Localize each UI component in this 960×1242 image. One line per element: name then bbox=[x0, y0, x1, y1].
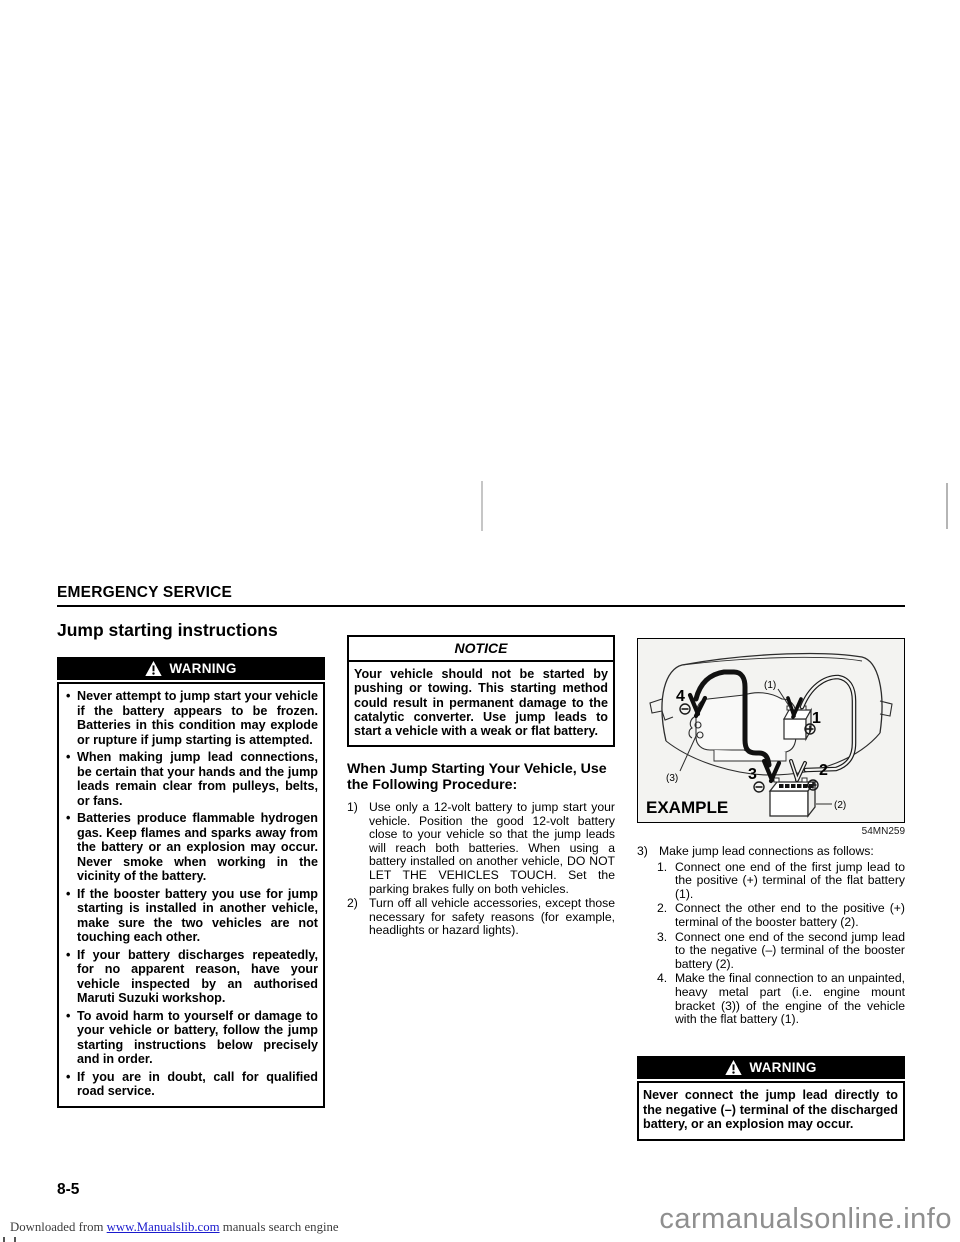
right-steps: 3) Make jump lead connections as follows… bbox=[637, 845, 905, 1028]
step-text: Turn off all vehicle accessories, except… bbox=[369, 896, 615, 937]
warning-header: WARNING bbox=[637, 1056, 905, 1079]
warning-body: •Never attempt to jump start your vehicl… bbox=[57, 682, 325, 1108]
substep: 3. Connect one end of the second jump le… bbox=[657, 931, 905, 972]
warning-item: •Batteries produce flammable hydrogen ga… bbox=[63, 811, 318, 884]
right-warning-column: WARNING Never connect the jump lead dire… bbox=[637, 1056, 905, 1141]
step-marker: 2) bbox=[347, 897, 358, 911]
engine-bay-illustration: 4 1 3 2 (1) (3) (2) EXAMPLE bbox=[638, 639, 904, 822]
warning-item-text: If the booster battery you use for jump … bbox=[77, 887, 318, 945]
watermark-text: carmanualsonline.info bbox=[659, 1203, 952, 1236]
substep: 2. Connect the other end to the positive… bbox=[657, 902, 905, 929]
figure-callout-2: (2) bbox=[834, 800, 846, 811]
manualslib-link[interactable]: www.Manualslib.com bbox=[107, 1220, 220, 1234]
figure-callout-3: (3) bbox=[666, 773, 678, 784]
warning-item-text: Never attempt to jump start your vehicle… bbox=[77, 689, 318, 747]
figure-label-3: 3 bbox=[748, 766, 757, 783]
substep-text: Make the final connection to an unpainte… bbox=[675, 971, 905, 1026]
notice-body: Your vehicle should not be started by pu… bbox=[349, 662, 613, 745]
page-number: 8-5 bbox=[57, 1181, 79, 1199]
bullet-glyph: • bbox=[66, 750, 70, 765]
bullet-glyph: • bbox=[66, 1070, 70, 1085]
substep-marker: 4. bbox=[657, 972, 667, 986]
substep: 1. Connect one end of the first jump lea… bbox=[657, 861, 905, 902]
manual-page: EMERGENCY SERVICE Jump starting instruct… bbox=[0, 0, 960, 1242]
left-column: WARNING •Never attempt to jump start you… bbox=[57, 657, 325, 1108]
warning-item: •Never attempt to jump start your vehicl… bbox=[63, 689, 318, 747]
crop-mark-left bbox=[481, 481, 483, 531]
warning-item-text: If you are in doubt, call for qualified … bbox=[77, 1070, 318, 1099]
substep-marker: 1. bbox=[657, 861, 667, 875]
warning-body: Never connect the jump lead directly to … bbox=[637, 1081, 905, 1141]
warning-item: •To avoid harm to yourself or damage to … bbox=[63, 1009, 318, 1067]
download-suffix: manuals search engine bbox=[223, 1220, 339, 1234]
middle-column: NOTICE Your vehicle should not be starte… bbox=[347, 635, 615, 747]
bullet-glyph: • bbox=[66, 689, 70, 704]
step-marker: 3) bbox=[637, 845, 648, 859]
minus-icon-3 bbox=[754, 782, 764, 792]
bullet-glyph: • bbox=[66, 887, 70, 902]
plus-icon-2 bbox=[808, 780, 818, 790]
bullet-glyph: • bbox=[66, 1009, 70, 1024]
step-text: Use only a 12-volt battery to jump start… bbox=[369, 800, 615, 896]
warning-box-left: WARNING •Never attempt to jump start you… bbox=[57, 657, 325, 1108]
warning-item: •If the booster battery you use for jump… bbox=[63, 887, 318, 945]
header-rule bbox=[57, 605, 905, 607]
figure-callout-1: (1) bbox=[764, 680, 776, 691]
substep-marker: 2. bbox=[657, 902, 667, 916]
bullet-glyph: • bbox=[66, 811, 70, 826]
warning-item-text: Batteries produce flammable hydrogen gas… bbox=[77, 811, 318, 883]
page-title: Jump starting instructions bbox=[57, 620, 278, 641]
warning-label: WARNING bbox=[749, 1060, 816, 1075]
warning-triangle-icon bbox=[145, 661, 162, 676]
scan-artifact bbox=[2, 1237, 22, 1242]
procedure-heading: When Jump Starting Your Vehicle, Use the… bbox=[347, 761, 623, 793]
procedure-step: 3) Make jump lead connections as follows… bbox=[637, 845, 905, 859]
warning-item: •If you are in doubt, call for qualified… bbox=[63, 1070, 318, 1099]
warning-item-text: If your battery discharges repeatedly, f… bbox=[77, 948, 318, 1006]
jump-start-diagram: 4 1 3 2 (1) (3) (2) EXAMPLE bbox=[637, 638, 905, 823]
figure-label-2: 2 bbox=[819, 762, 828, 779]
crop-mark-right bbox=[946, 483, 948, 529]
section-header: EMERGENCY SERVICE bbox=[57, 584, 232, 602]
bullet-glyph: • bbox=[66, 948, 70, 963]
download-prefix: Downloaded from bbox=[10, 1220, 103, 1234]
substep-text: Connect the other end to the positive (+… bbox=[675, 901, 905, 929]
warning-item-text: When making jump lead connections, be ce… bbox=[77, 750, 318, 808]
warning-header: WARNING bbox=[57, 657, 325, 680]
figure-label-1: 1 bbox=[812, 710, 821, 727]
figure-label-4: 4 bbox=[676, 688, 685, 705]
figure-code: 54MN259 bbox=[637, 826, 905, 837]
notice-label: NOTICE bbox=[349, 637, 613, 662]
notice-box: NOTICE Your vehicle should not be starte… bbox=[347, 635, 615, 747]
warning-item: •If your battery discharges repeatedly, … bbox=[63, 948, 318, 1006]
substep-marker: 3. bbox=[657, 931, 667, 945]
clamp-2 bbox=[791, 761, 805, 780]
warning-triangle-icon bbox=[725, 1060, 742, 1075]
procedure-step: 1) Use only a 12-volt battery to jump st… bbox=[347, 801, 615, 896]
warning-box-right: WARNING Never connect the jump lead dire… bbox=[637, 1056, 905, 1141]
warning-label: WARNING bbox=[169, 661, 236, 676]
procedure-steps: 1) Use only a 12-volt battery to jump st… bbox=[347, 801, 615, 939]
step-marker: 1) bbox=[347, 801, 358, 815]
minus-icon-4 bbox=[680, 704, 690, 714]
download-attribution: Downloaded from www.Manualslib.com manua… bbox=[10, 1220, 339, 1235]
substep-text: Connect one end of the second jump lead … bbox=[675, 930, 905, 971]
connection-substeps: 1. Connect one end of the first jump lea… bbox=[637, 861, 905, 1027]
step-text: Make jump lead connections as follows: bbox=[659, 844, 874, 858]
figure-example-label: EXAMPLE bbox=[646, 798, 728, 817]
substep: 4. Make the final connection to an unpai… bbox=[657, 972, 905, 1026]
procedure-step: 2) Turn off all vehicle accessories, exc… bbox=[347, 897, 615, 938]
warning-item: •When making jump lead connections, be c… bbox=[63, 750, 318, 808]
warning-item-text: To avoid harm to yourself or damage to y… bbox=[77, 1009, 318, 1067]
substep-text: Connect one end of the first jump lead t… bbox=[675, 860, 905, 901]
